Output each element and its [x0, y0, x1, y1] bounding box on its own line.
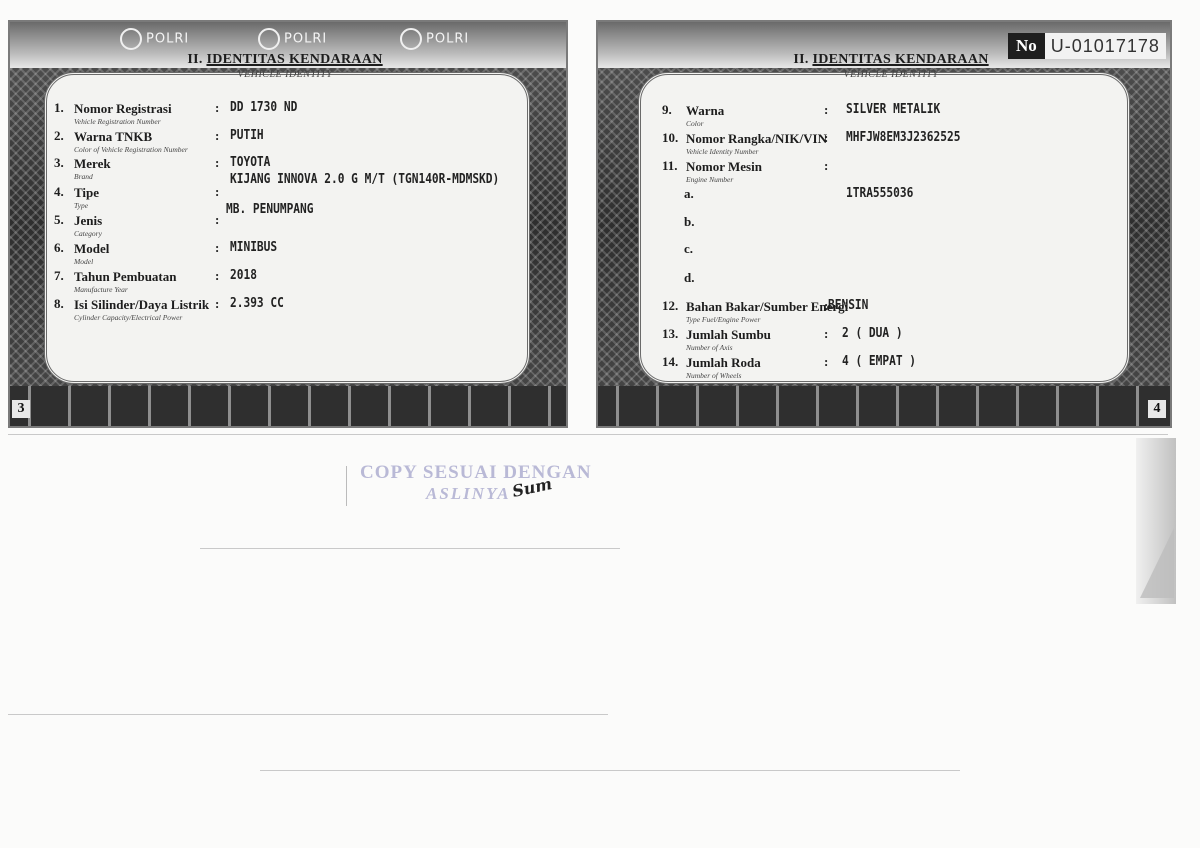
- field-separator: :: [824, 158, 828, 174]
- field-row: 4.TipeType: [54, 184, 99, 210]
- field-value: 2.393 CC: [230, 296, 284, 311]
- field-sublabel: Manufacture Year: [74, 286, 176, 294]
- field-separator: :: [215, 240, 219, 256]
- field-number: 5.: [54, 212, 74, 228]
- field-sublabel: Type: [74, 202, 99, 210]
- polri-watermark: POLRI: [120, 28, 189, 50]
- field-row: 14.Jumlah RodaNumber of Wheels: [662, 354, 761, 380]
- field-value: MB. PENUMPANG: [226, 202, 314, 217]
- field-row: 6.ModelModel: [54, 240, 109, 266]
- title-text: IDENTITAS KENDARAAN: [812, 52, 988, 67]
- field-label-group: Tahun PembuatanManufacture Year: [74, 268, 176, 294]
- field-label-group: Isi Silinder/Daya ListrikCylinder Capaci…: [74, 296, 209, 322]
- field-row: 12.Bahan Bakar/Sumber EnergiType Fuel/En…: [662, 298, 848, 324]
- field-row: 3.MerekBrand: [54, 155, 111, 181]
- scan-line: [8, 714, 608, 715]
- field-separator: :: [215, 268, 219, 284]
- polri-watermark: POLRI: [400, 28, 469, 50]
- field-label-group: ModelModel: [74, 240, 109, 266]
- field-label-group: MerekBrand: [74, 155, 111, 181]
- field-row: 5.JenisCategory: [54, 212, 102, 238]
- field-number: 6.: [54, 240, 74, 256]
- field-value: DD 1730 ND: [230, 100, 297, 115]
- stamp-line-2: ASLINYA: [426, 484, 511, 504]
- field-label-group: WarnaColor: [686, 102, 724, 128]
- field-number: 8.: [54, 296, 74, 312]
- border-pattern: [10, 386, 566, 426]
- page-subtitle: VEHICLE IDENTITY: [776, 69, 1006, 80]
- stamp-line-1: COPY SESUAI DENGAN: [360, 462, 592, 484]
- field-label-group: Warna TNKBColor of Vehicle Registration …: [74, 128, 188, 154]
- page-number: 4: [1148, 400, 1166, 418]
- field-label-group: TipeType: [74, 184, 99, 210]
- field-row: 11.Nomor MesinEngine Number: [662, 158, 762, 184]
- field-label: Merek: [74, 156, 111, 171]
- title-text: IDENTITAS KENDARAAN: [206, 52, 382, 67]
- field-value: MINIBUS: [230, 240, 277, 255]
- document-number-label: No: [1008, 33, 1045, 59]
- field-label: Warna TNKB: [74, 129, 152, 144]
- scan-line: [200, 548, 620, 549]
- field-row: 13.Jumlah SumbuNumber of Axis: [662, 326, 771, 352]
- field-value: 1TRA555036: [846, 186, 913, 201]
- field-value: PUTIH: [230, 128, 264, 143]
- field-number: 7.: [54, 268, 74, 284]
- field-label: Jumlah Roda: [686, 355, 761, 370]
- field-sublabel: Vehicle Identity Number: [686, 148, 827, 156]
- field-separator: :: [215, 212, 219, 228]
- field-value: MHFJW8EM3J2362525: [846, 130, 960, 145]
- field-sublabel: Number of Axis: [686, 344, 771, 352]
- field-number: 1.: [54, 100, 74, 116]
- field-label-group: JenisCategory: [74, 212, 102, 238]
- field-label: Bahan Bakar/Sumber Energi: [686, 299, 848, 314]
- field-label: Jumlah Sumbu: [686, 327, 771, 342]
- field-separator: :: [215, 296, 219, 312]
- field-row: d.: [684, 270, 704, 286]
- field-separator: :: [215, 155, 219, 171]
- field-label-group: Nomor Rangka/NIK/VINVehicle Identity Num…: [686, 130, 827, 156]
- field-sublabel: Type Fuel/Engine Power: [686, 316, 848, 324]
- field-label: Warna: [686, 103, 724, 118]
- field-number: 2.: [54, 128, 74, 144]
- field-sublabel: Cylinder Capacity/Electrical Power: [74, 314, 209, 322]
- field-sublabel: Model: [74, 258, 109, 266]
- field-row: a.: [684, 186, 704, 202]
- field-number: a.: [684, 186, 704, 202]
- field-number: d.: [684, 270, 704, 286]
- field-label: Tipe: [74, 185, 99, 200]
- field-number: 12.: [662, 298, 686, 314]
- field-label: Isi Silinder/Daya Listrik: [74, 297, 209, 312]
- field-number: 10.: [662, 130, 686, 146]
- field-value: 4 ( EMPAT ): [842, 354, 916, 369]
- field-sublabel: Color of Vehicle Registration Number: [74, 146, 188, 154]
- field-value: KIJANG INNOVA 2.0 G M/T (TGN140R-MDMSKD): [230, 172, 499, 187]
- field-row: 1.Nomor RegistrasiVehicle Registration N…: [54, 100, 172, 126]
- field-sublabel: Number of Wheels: [686, 372, 761, 380]
- field-sublabel: Category: [74, 230, 102, 238]
- field-label: Model: [74, 241, 109, 256]
- field-number: b.: [684, 214, 704, 230]
- field-number: 13.: [662, 326, 686, 342]
- vehicle-identity-page-left: POLRI POLRI POLRI 3 II. IDENTITAS KENDAR…: [8, 20, 568, 428]
- field-number: c.: [684, 241, 704, 257]
- field-row: 10.Nomor Rangka/NIK/VINVehicle Identity …: [662, 130, 827, 156]
- field-sublabel: Brand: [74, 173, 111, 181]
- vehicle-identity-page-right: 4 II. IDENTITAS KENDARAAN VEHICLE IDENTI…: [596, 20, 1172, 428]
- field-number: 11.: [662, 158, 686, 174]
- field-label-group: Jumlah RodaNumber of Wheels: [686, 354, 761, 380]
- page-number: 3: [12, 400, 30, 418]
- field-label: Jenis: [74, 213, 102, 228]
- field-label: Nomor Rangka/NIK/VIN: [686, 131, 827, 146]
- field-separator: :: [824, 354, 828, 370]
- border-pattern: [598, 386, 1170, 426]
- field-label-group: Jumlah SumbuNumber of Axis: [686, 326, 771, 352]
- scan-line: [8, 434, 1168, 435]
- page-subtitle: VEHICLE IDENTITY: [170, 69, 400, 80]
- field-row: c.: [684, 241, 704, 257]
- field-label-group: Nomor RegistrasiVehicle Registration Num…: [74, 100, 172, 126]
- field-row: b.: [684, 214, 704, 230]
- field-sublabel: Color: [686, 120, 724, 128]
- field-row: 9.WarnaColor: [662, 102, 724, 128]
- field-number: 3.: [54, 155, 74, 171]
- field-value: 2018: [230, 268, 257, 283]
- title-prefix: II.: [187, 52, 202, 67]
- field-sublabel: Engine Number: [686, 176, 762, 184]
- field-separator: :: [215, 100, 219, 116]
- field-label-group: Nomor MesinEngine Number: [686, 158, 762, 184]
- field-label: Nomor Registrasi: [74, 101, 172, 116]
- field-value: 2 ( DUA ): [842, 326, 903, 341]
- field-value: BENSIN: [828, 298, 868, 313]
- field-sublabel: Vehicle Registration Number: [74, 118, 172, 126]
- stamp-border: [346, 466, 347, 506]
- field-number: 9.: [662, 102, 686, 118]
- field-row: 8.Isi Silinder/Daya ListrikCylinder Capa…: [54, 296, 209, 322]
- field-value: TOYOTA: [230, 155, 270, 170]
- document-number-value: U-01017178: [1045, 33, 1166, 59]
- document-number: No U-01017178: [1008, 33, 1166, 59]
- field-separator: :: [824, 102, 828, 118]
- title-prefix: II.: [793, 52, 808, 67]
- scan-line: [260, 770, 960, 771]
- field-number: 14.: [662, 354, 686, 370]
- field-separator: :: [215, 184, 219, 200]
- field-row: 7.Tahun PembuatanManufacture Year: [54, 268, 176, 294]
- field-separator: :: [824, 326, 828, 342]
- page-title: II. IDENTITAS KENDARAAN: [776, 52, 1006, 68]
- field-value: SILVER METALIK: [846, 102, 940, 117]
- field-label-group: Bahan Bakar/Sumber EnergiType Fuel/Engin…: [686, 298, 848, 324]
- field-label: Tahun Pembuatan: [74, 269, 176, 284]
- field-number: 4.: [54, 184, 74, 200]
- field-label: Nomor Mesin: [686, 159, 762, 174]
- polri-watermark: POLRI: [258, 28, 327, 50]
- field-separator: :: [215, 128, 219, 144]
- certified-copy-stamp: COPY SESUAI DENGAN ASLINYA Sum: [346, 456, 646, 512]
- page-title: II. IDENTITAS KENDARAAN: [170, 52, 400, 68]
- field-row: 2.Warna TNKBColor of Vehicle Registratio…: [54, 128, 188, 154]
